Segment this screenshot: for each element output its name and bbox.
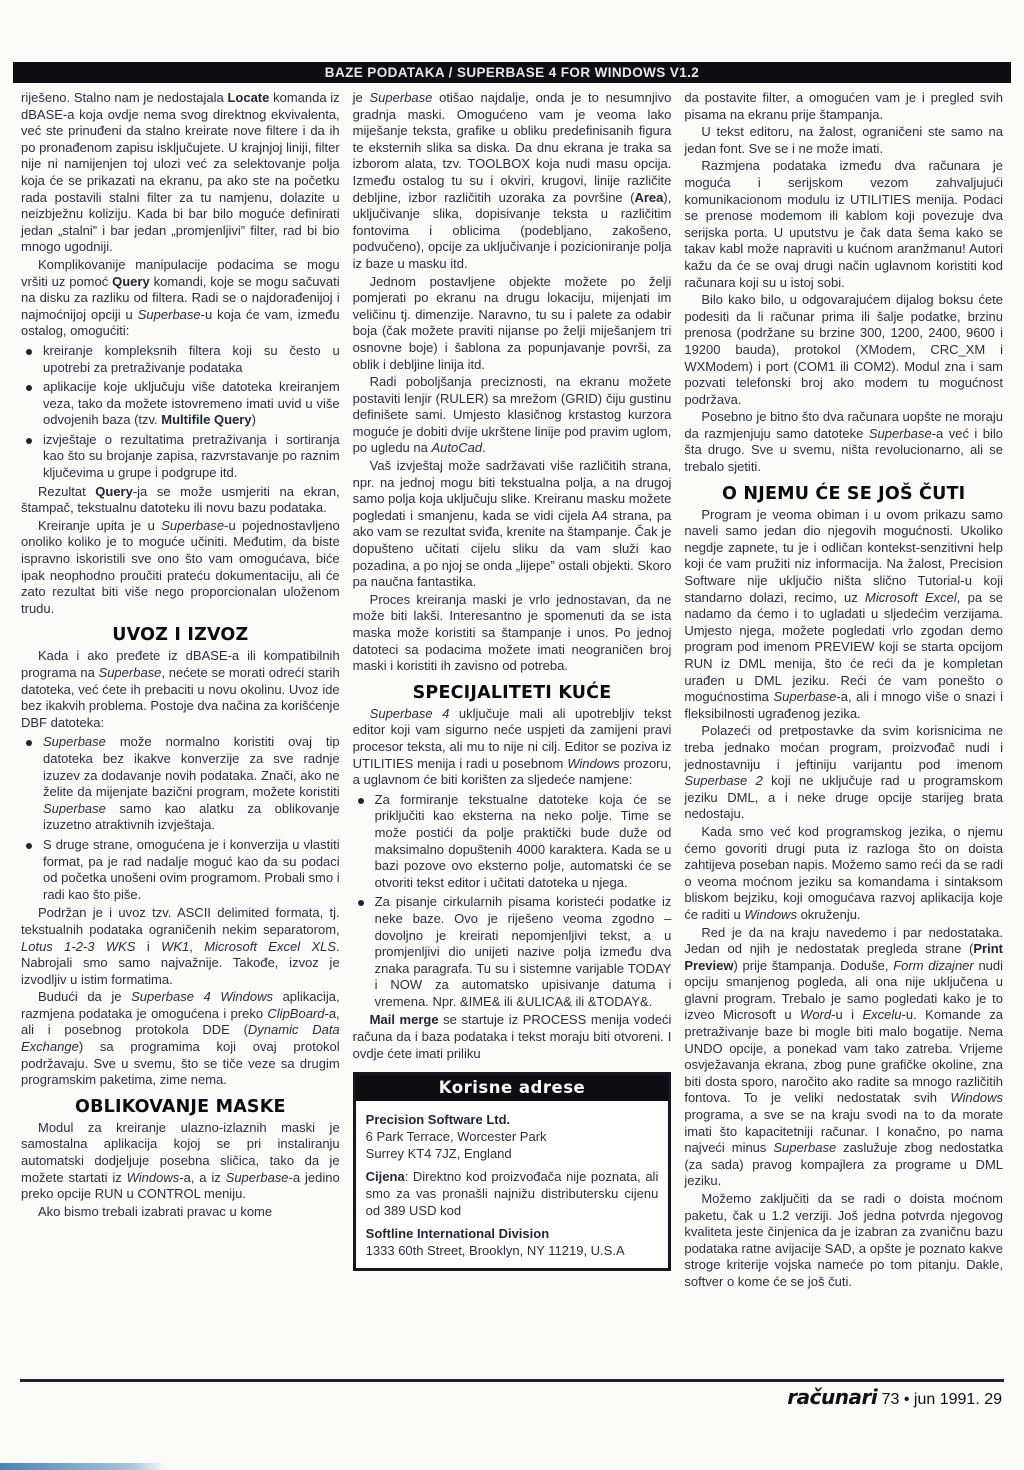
- footer-issue-info: 73 • jun 1991. 29: [877, 1391, 1002, 1408]
- paragraph: Posebno je bitno što dva računara uopšte…: [684, 409, 1003, 475]
- bullet-text: Za pisanje cirkularnih pisama koristeći …: [375, 894, 672, 1010]
- paragraph: U tekst editoru, na žalost, ograničeni s…: [684, 124, 1003, 157]
- bullet-icon: [26, 349, 32, 355]
- bullet-item: aplikacije koje uključuju više datoteka …: [21, 379, 340, 429]
- bullet-text: S druge strane, omogućena je i konverzij…: [43, 837, 340, 903]
- paragraph: riješeno. Stalno nam je nedostajala Loca…: [21, 90, 340, 256]
- paragraph: Modul za kreiranje ulazno-izlaznih maski…: [21, 1120, 340, 1203]
- bullet-item: Za pisanje cirkularnih pisama koristeći …: [353, 894, 672, 1010]
- paragraph: Ako bismo trebali izabrati pravac u kome: [21, 1204, 340, 1221]
- column-1: riješeno. Stalno nam je nedostajala Loca…: [21, 90, 340, 1374]
- bullet-icon: [26, 740, 32, 746]
- bullet-icon: [26, 843, 32, 849]
- bullet-text: Superbase može normalno koristiti ovaj t…: [43, 734, 340, 834]
- page-header-bar: BAZE PODATAKA / SUPERBASE 4 FOR WINDOWS …: [13, 62, 1011, 83]
- paragraph: je Superbase otišao najdalje, onda je to…: [353, 90, 672, 273]
- bullet-item: Superbase može normalno koristiti ovaj t…: [21, 734, 340, 834]
- bullet-icon: [358, 798, 364, 804]
- paragraph: Budući da je Superbase 4 Windows aplikac…: [21, 989, 340, 1089]
- bullet-icon: [26, 438, 32, 444]
- paragraph: Rezultat Query-ja se može usmjeriti na e…: [21, 484, 340, 517]
- paragraph: Razmjena podataka između dva računara je…: [684, 158, 1003, 291]
- page-header-title: BAZE PODATAKA / SUPERBASE 4 FOR WINDOWS …: [325, 65, 699, 80]
- scan-artifact: [0, 1463, 165, 1470]
- paragraph: Kada smo već kod programskog jezika, o n…: [684, 824, 1003, 924]
- article-columns: riješeno. Stalno nam je nedostajala Loca…: [0, 83, 1024, 1374]
- paragraph: Kreiranje upita je u Superbase-u pojedno…: [21, 518, 340, 618]
- bullet-text: izvještaje o rezultatima pretraživanja i…: [43, 432, 340, 482]
- paragraph: Superbase 4 uključuje mali ali upotreblj…: [353, 706, 672, 789]
- section-heading: OBLIKOVANJE MASKE: [21, 1097, 340, 1117]
- bullet-item: S druge strane, omogućena je i konverzij…: [21, 837, 340, 903]
- paragraph: Možemo zaključiti da se radi o doista mo…: [684, 1191, 1003, 1291]
- useful-addresses-title: Korisne adrese: [356, 1075, 669, 1101]
- column-3: da postavite filter, a omogućen vam je i…: [684, 90, 1003, 1374]
- paragraph: Jednom postavljene objekte možete po žel…: [353, 274, 672, 374]
- paragraph: Vaš izvještaj može sadržavati više razli…: [353, 458, 672, 591]
- magazine-page: BAZE PODATAKA / SUPERBASE 4 FOR WINDOWS …: [0, 62, 1024, 1409]
- paragraph: Polazeći od pretpostavke da svim korisni…: [684, 723, 1003, 823]
- footer: računari 73 • jun 1991. 29: [0, 1382, 1024, 1409]
- address-entry: Cijena: Direktno kod proizvođača nije po…: [366, 1168, 659, 1219]
- paragraph: Radi poboljšanja preciznosti, na ekranu …: [353, 374, 672, 457]
- bullet-text: kreiranje kompleksnih filtera koji su če…: [43, 343, 340, 376]
- bullet-item: kreiranje kompleksnih filtera koji su če…: [21, 343, 340, 376]
- paragraph: da postavite filter, a omogućen vam je i…: [684, 90, 1003, 123]
- section-heading: O NJEMU ĆE SE JOŠ ČUTI: [684, 484, 1003, 504]
- address-entry: Softline International Division1333 60th…: [366, 1225, 659, 1259]
- useful-addresses-box: Korisne adresePrecision Software Ltd.6 P…: [353, 1072, 672, 1271]
- paragraph: Podržan je i uvoz tzv. ASCII delimited f…: [21, 905, 340, 988]
- paragraph: Komplikovanije manipulacije podacima se …: [21, 257, 340, 340]
- bullet-icon: [358, 900, 364, 906]
- paragraph: Bilo kako bilo, u odgovarajućem dijalog …: [684, 292, 1003, 408]
- bullet-item: izvještaje o rezultatima pretraživanja i…: [21, 432, 340, 482]
- paragraph: Mail merge se startuje iz PROCESS menija…: [353, 1012, 672, 1062]
- paragraph: Red je da na kraju navedemo i par nedost…: [684, 925, 1003, 1191]
- paragraph: Program je veoma obiman i u ovom prikazu…: [684, 507, 1003, 723]
- section-heading: SPECIJALITETI KUĆE: [353, 683, 672, 703]
- section-heading: UVOZ I IZVOZ: [21, 625, 340, 645]
- useful-addresses-body: Precision Software Ltd.6 Park Terrace, W…: [356, 1101, 669, 1268]
- bullet-item: Za formiranje tekstualne datoteke koja ć…: [353, 792, 672, 892]
- paragraph: Proces kreiranja maski je vrlo jednostav…: [353, 592, 672, 675]
- column-2: je Superbase otišao najdalje, onda je to…: [353, 90, 672, 1374]
- paragraph: Kada i ako pređete iz dBASE-a ili kompat…: [21, 648, 340, 731]
- bullet-text: aplikacije koje uključuju više datoteka …: [43, 379, 340, 429]
- address-entry: Precision Software Ltd.6 Park Terrace, W…: [366, 1111, 659, 1162]
- bullet-icon: [26, 385, 32, 391]
- bullet-text: Za formiranje tekstualne datoteke koja ć…: [375, 792, 672, 892]
- magazine-name: računari: [787, 1385, 877, 1409]
